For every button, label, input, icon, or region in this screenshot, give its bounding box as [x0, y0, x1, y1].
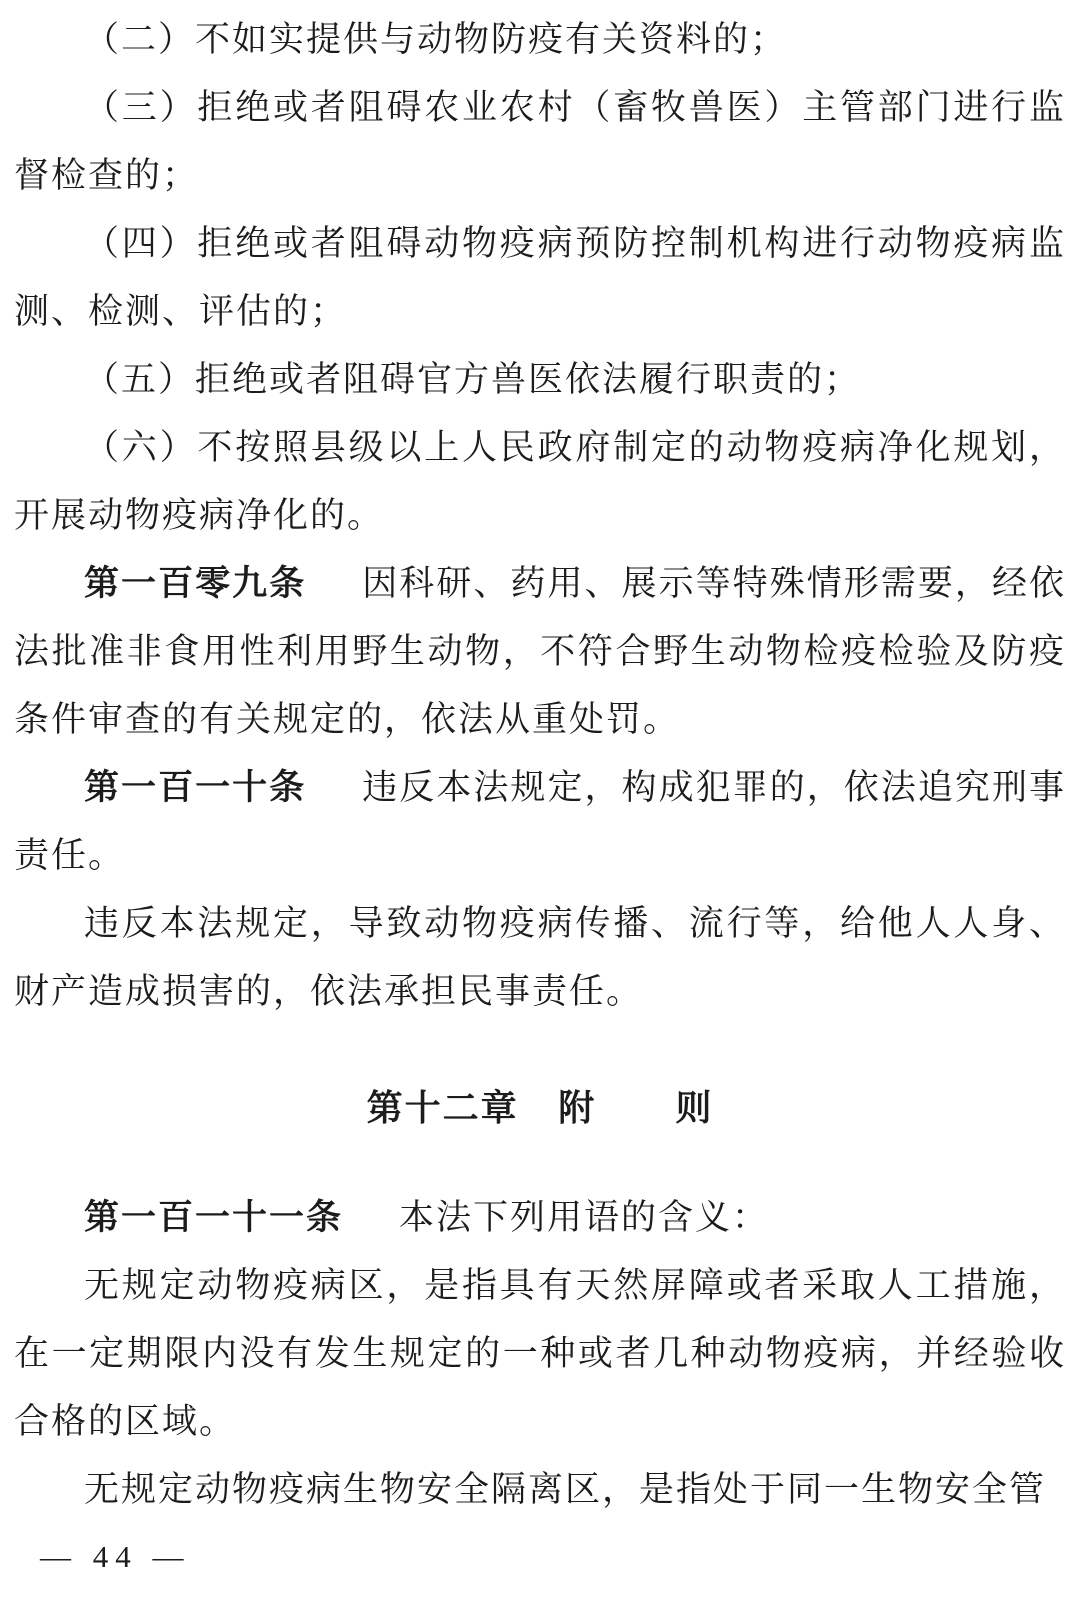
document-body: （二）不如实提供与动物防疫有关资料的； （三）拒绝或者阻碍农业农村（畜牧兽医）主… [0, 0, 1080, 1524]
chapter-title-second-char: 则 [675, 1087, 713, 1128]
chapter-title-first-char: 附 [558, 1087, 596, 1128]
chapter-number: 第十二章 [367, 1087, 519, 1128]
article-111-text: 本法下列用语的含义： [399, 1198, 769, 1237]
definition-disease-free-zone: 无规定动物疫病区，是指具有天然屏障或者采取人工措施，在一定期限内没有发生规定的一… [14, 1252, 1066, 1456]
definition-biosecurity-compartment: 无规定动物疫病生物安全隔离区，是指处于同一生物安全管 [14, 1456, 1066, 1524]
article-111-number: 第一百一十一条 [84, 1198, 343, 1237]
clause-item-5: （五）拒绝或者阻碍官方兽医依法履行职责的； [14, 346, 1066, 414]
chapter-heading: 第十二章附则 [14, 1074, 1066, 1142]
clause-item-6: （六）不按照县级以上人民政府制定的动物疫病净化规划，开展动物疫病净化的。 [14, 414, 1066, 550]
clause-item-4: （四）拒绝或者阻碍动物疫病预防控制机构进行动物疫病监测、检测、评估的； [14, 210, 1066, 346]
article-110: 第一百一十条违反本法规定，构成犯罪的，依法追究刑事责任。 [14, 754, 1066, 890]
article-109-number: 第一百零九条 [84, 564, 306, 603]
article-111: 第一百一十一条本法下列用语的含义： [14, 1184, 1066, 1252]
article-110-paragraph-2: 违反本法规定，导致动物疫病传播、流行等，给他人人身、财产造成损害的，依法承担民事… [14, 890, 1066, 1026]
article-109: 第一百零九条因科研、药用、展示等特殊情形需要，经依法批准非食用性利用野生动物，不… [14, 550, 1066, 754]
article-110-number: 第一百一十条 [84, 768, 306, 807]
clause-item-2: （二）不如实提供与动物防疫有关资料的； [14, 6, 1066, 74]
page-number: — 44 — [40, 1539, 191, 1575]
clause-item-3: （三）拒绝或者阻碍农业农村（畜牧兽医）主管部门进行监督检查的； [14, 74, 1066, 210]
